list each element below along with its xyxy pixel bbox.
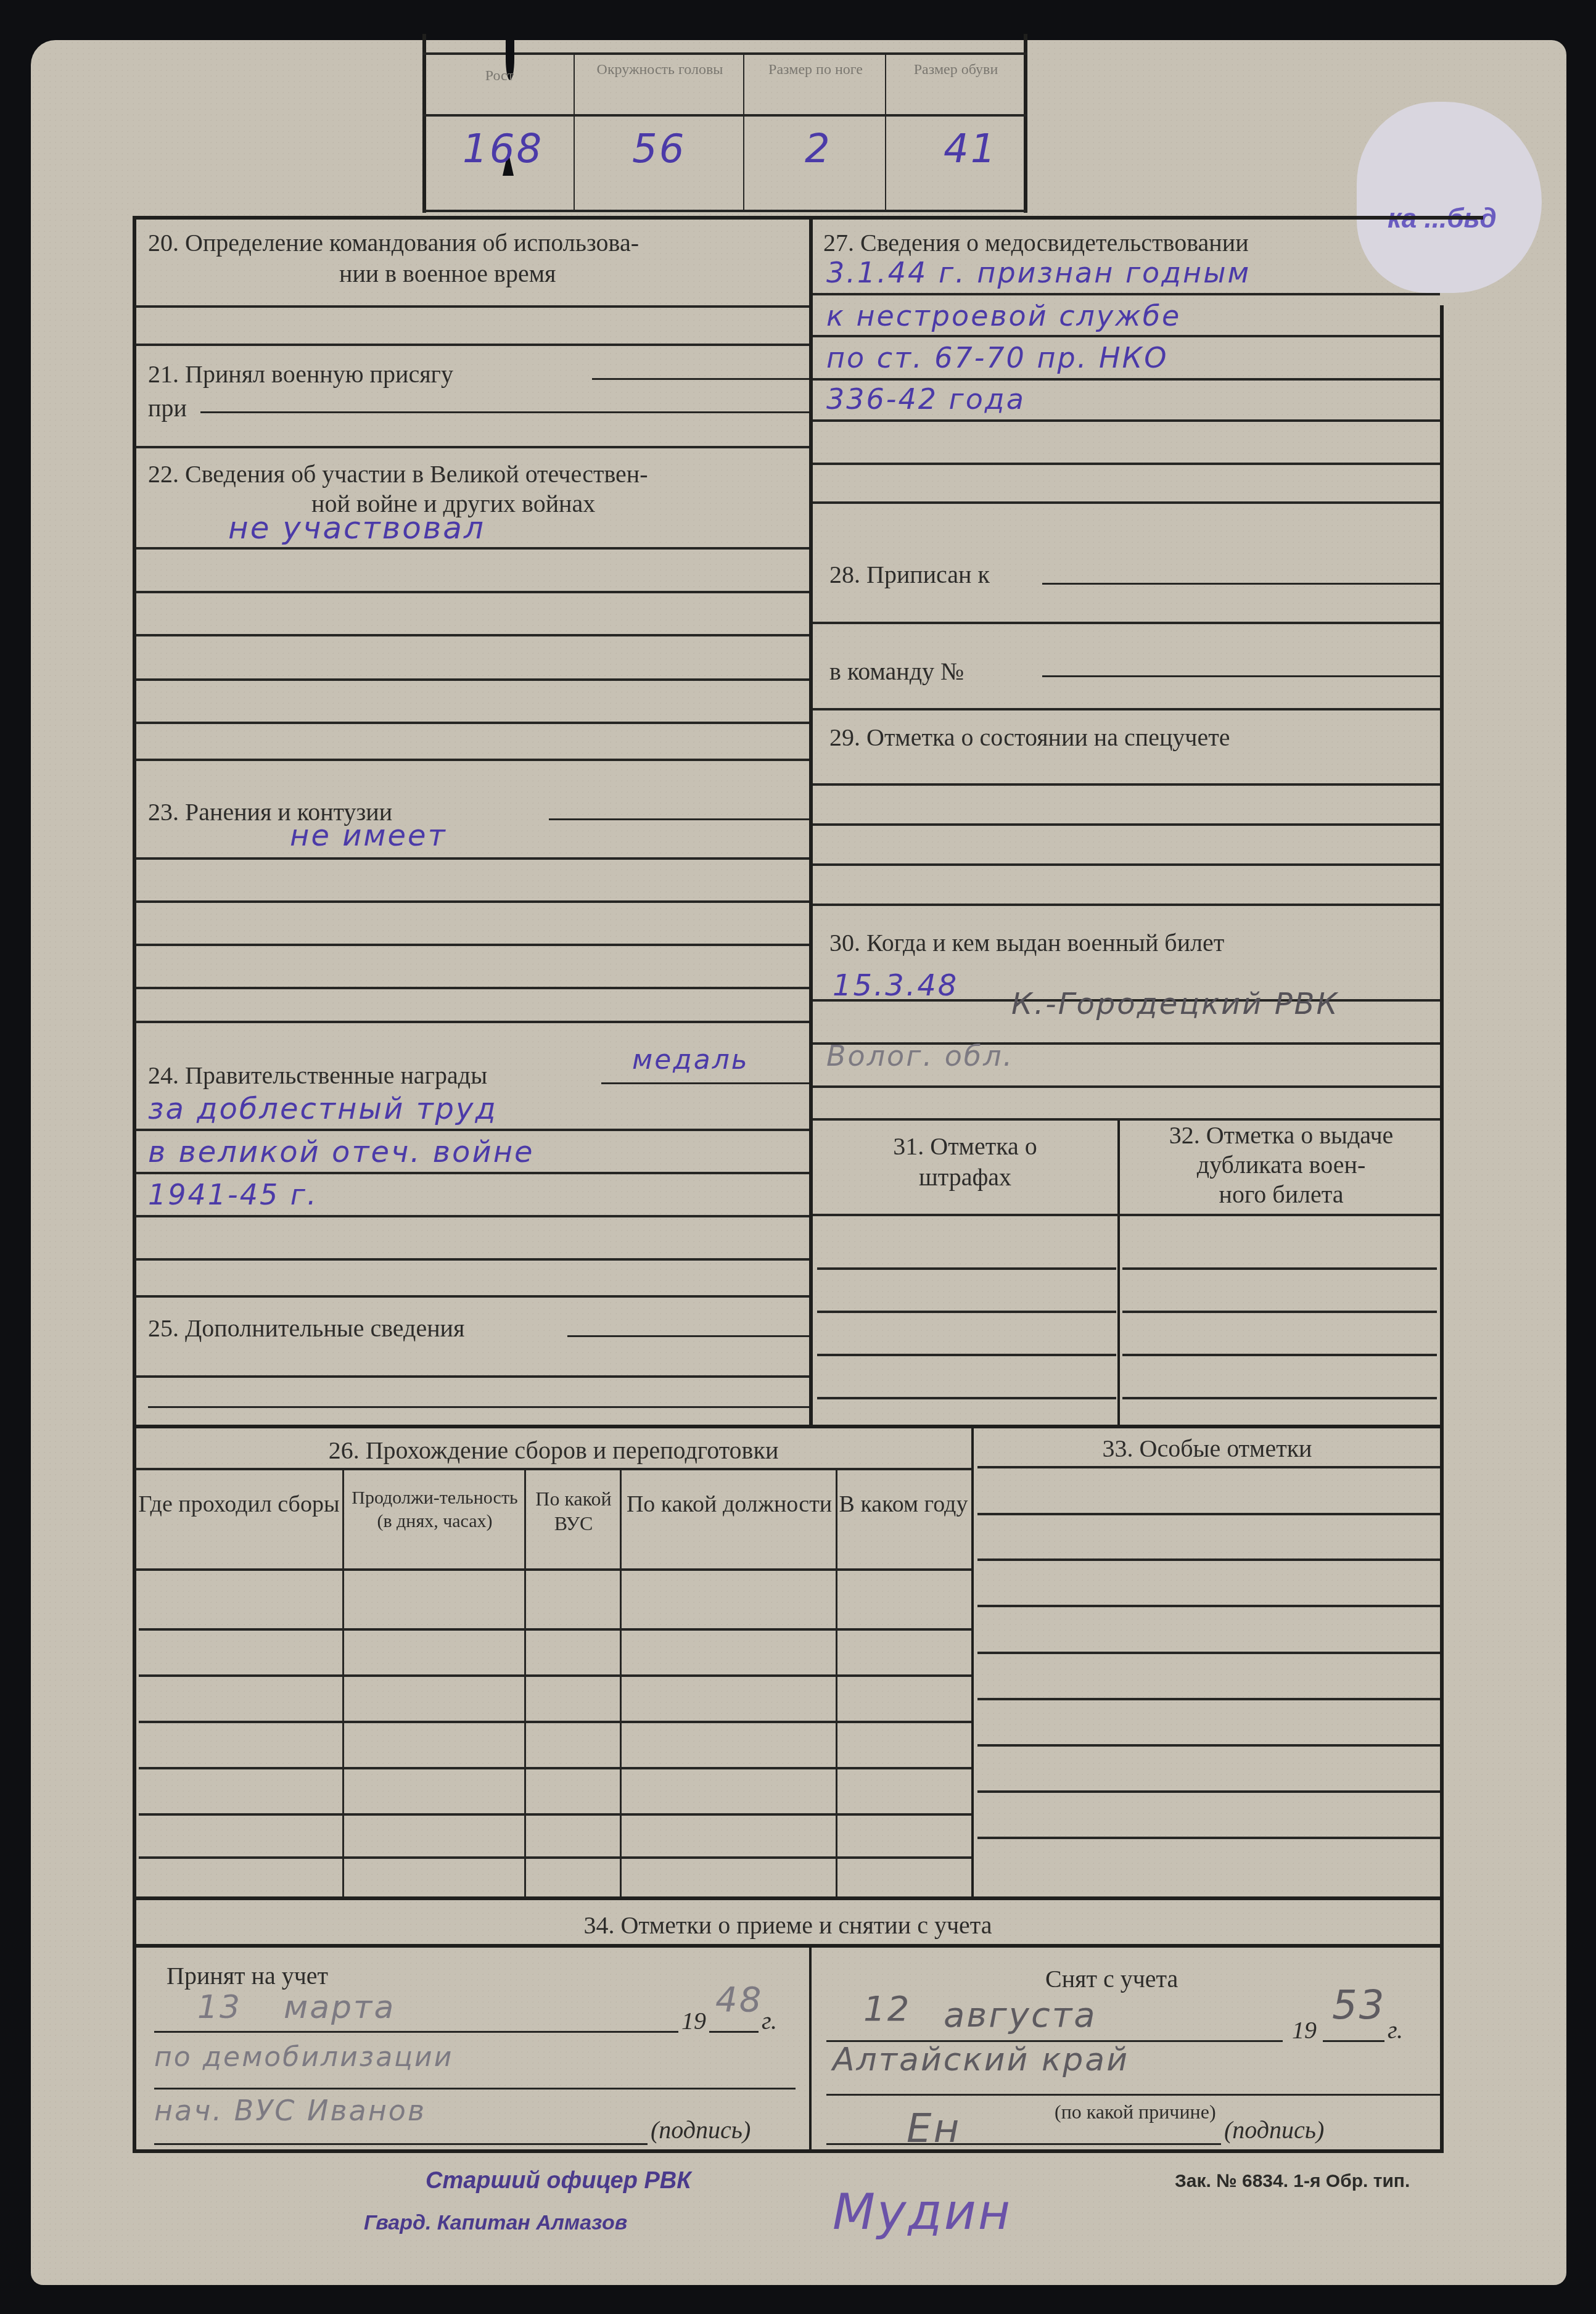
table-row[interactable]	[139, 1856, 971, 1859]
s34-accepted-date-field[interactable]	[154, 2031, 678, 2033]
s27-line[interactable]	[813, 419, 1440, 422]
measure-value-height: 168	[463, 126, 543, 172]
s27-line[interactable]	[813, 293, 1440, 295]
s26-col-divider	[620, 1468, 622, 1900]
s34-removed-reason-field[interactable]	[826, 2094, 1440, 2096]
s29-line[interactable]	[813, 823, 1440, 826]
s27-line[interactable]	[813, 335, 1440, 337]
s34-accepted-signature-label: (подпись)	[651, 2115, 751, 2144]
form-top-border	[133, 216, 1483, 220]
table-row[interactable]	[139, 1721, 971, 1723]
s20-line[interactable]	[136, 305, 809, 308]
registration-card: Рост Окружность головы Размер по ноге Ра…	[31, 40, 1566, 2285]
measure-value-shoe: 41	[944, 126, 997, 172]
s26-col-vus: По какой ВУС	[527, 1486, 620, 1536]
s24-line[interactable]	[136, 1172, 809, 1174]
s21-field[interactable]	[592, 378, 809, 380]
s24-line[interactable]	[136, 1215, 809, 1217]
s27-line[interactable]	[813, 463, 1440, 465]
s30-line[interactable]	[813, 1085, 1440, 1088]
printer-imprint: Зак. № 6834. 1-я Обр. тип.	[1175, 2171, 1410, 2192]
measure-col-divider	[574, 52, 575, 210]
s30-date: 15.3.48	[833, 968, 958, 1003]
s34-top-line	[133, 1896, 1444, 1900]
s22-line[interactable]	[136, 722, 809, 724]
s33-line[interactable]	[977, 1652, 1440, 1654]
s27-value-line4: 336-42 года	[826, 382, 1026, 416]
measure-header-height: Рост	[426, 68, 574, 84]
officer-stamp-name: Гвард. Капитан Алмазов	[364, 2211, 627, 2235]
s32-line[interactable]	[1122, 1397, 1437, 1399]
s34-accepted-year: 48	[715, 1980, 763, 2020]
s26-col-divider	[524, 1468, 526, 1900]
s32-label-cont: дубликата воен-	[1122, 1150, 1440, 1180]
s27-line[interactable]	[813, 378, 1440, 381]
s33-line[interactable]	[977, 1744, 1440, 1747]
s28-team-field[interactable]	[1042, 675, 1440, 677]
s25-field[interactable]	[567, 1335, 809, 1337]
measure-header-leg: Размер по ноге	[746, 62, 885, 78]
s29-label: 29. Отметка о состоянии на спецучете	[829, 723, 1230, 752]
s28-team-label: в команду №	[829, 657, 964, 686]
measure-value-head: 56	[632, 126, 686, 172]
s31-label-cont: штрафах	[814, 1163, 1116, 1192]
s26-col-year: В каком году	[839, 1489, 968, 1519]
s30-issuer-region: Волог. обл.	[826, 1039, 1014, 1073]
s26-header-line	[136, 1568, 971, 1571]
officer-stamp-title: Старший офицер РВК	[426, 2168, 691, 2194]
s34-removed-reason: Алтайский край	[833, 2041, 1129, 2078]
s22-line[interactable]	[136, 547, 809, 550]
s23-value: не имеет	[290, 818, 447, 853]
s34-accepted-signature-field[interactable]	[154, 2143, 648, 2145]
s27-line	[813, 501, 1440, 504]
s22-line[interactable]	[136, 634, 809, 636]
form-bottom-border	[133, 2149, 1444, 2153]
s22-value: не участвовал	[228, 510, 485, 546]
s33-line[interactable]	[977, 1558, 1440, 1561]
s23-field[interactable]	[549, 818, 809, 820]
s33-line[interactable]	[977, 1698, 1440, 1700]
measure-bottom-line	[422, 210, 1027, 212]
s34-accepted-officer: нач. ВУС Иванов	[154, 2094, 426, 2127]
s24-line	[136, 1295, 809, 1298]
s26-title-line	[136, 1468, 971, 1470]
s23-line	[136, 1021, 809, 1023]
s26-col-where: Где проходил сборы	[136, 1489, 342, 1519]
s26-col-divider	[836, 1468, 837, 1900]
column-divider	[809, 216, 813, 1425]
table-row[interactable]	[139, 1813, 971, 1816]
s20-label-cont: нии в военное время	[339, 259, 556, 289]
s22-line[interactable]	[136, 678, 809, 681]
s30-label: 30. Когда и кем выдан военный билет	[829, 928, 1224, 958]
s27-label: 27. Сведения о медосвидетельствовании	[823, 228, 1249, 258]
s33-line[interactable]	[977, 1790, 1440, 1793]
s34-accepted-year-prefix: 19	[681, 2006, 706, 2035]
s34-accepted-year-field[interactable]	[709, 2031, 759, 2033]
s26-title: 26. Прохождение сборов и переподготовки	[136, 1436, 971, 1465]
officer-signature: Мудин	[833, 2183, 1012, 2241]
s23-line[interactable]	[136, 900, 809, 903]
measure-col-divider	[743, 52, 744, 210]
s34-title-line	[133, 1944, 1444, 1948]
s31-line[interactable]	[817, 1397, 1116, 1399]
s24-value-line2: за доблестный труд	[148, 1092, 498, 1126]
measure-border-left	[422, 34, 426, 213]
s23-line[interactable]	[136, 944, 809, 946]
s34-accepted-label: Принят на учет	[167, 1961, 328, 1991]
measure-mid-line	[422, 114, 1027, 117]
measure-header-shoe: Размер обуви	[888, 62, 1024, 78]
table-row[interactable]	[139, 1767, 971, 1769]
s28-label: 28. Приписан к	[829, 560, 990, 590]
s20-label: 20. Определение командования об использо…	[148, 228, 639, 258]
s31-line[interactable]	[817, 1354, 1116, 1356]
s24-value-line1: медаль	[632, 1044, 749, 1076]
s21-at-label: при	[148, 393, 187, 423]
s21-line	[136, 446, 809, 448]
table-row[interactable]	[139, 1674, 971, 1677]
s34-removed-signature-label: (подпись)	[1224, 2115, 1324, 2144]
s32-line[interactable]	[1122, 1354, 1437, 1356]
s33-line[interactable]	[977, 1466, 1440, 1468]
measure-border-right	[1024, 34, 1027, 213]
s34-accepted-year-suffix: г.	[762, 2006, 777, 2035]
s24-label: 24. Правительственные награды	[148, 1061, 487, 1090]
s34-removed-year: 53	[1332, 1983, 1386, 2028]
s34-removed-month: августа	[944, 1995, 1097, 2035]
s34-accepted-month: марта	[284, 1989, 395, 2026]
s26-col-duration: Продолжи-тельность (в днях, часах)	[345, 1486, 524, 1533]
s34-title: 34. Отметки о приеме и снятии с учета	[136, 1911, 1440, 1940]
s22-label: 22. Сведения об участии в Великой отечес…	[148, 459, 648, 489]
form-left-border	[133, 216, 136, 2152]
s34-removed-year-field[interactable]	[1323, 2040, 1384, 2042]
s26-col-divider	[342, 1468, 344, 1900]
s23-line[interactable]	[136, 857, 809, 860]
measure-col-divider	[885, 52, 886, 210]
section-divider	[133, 1425, 1444, 1428]
s33-label: 33. Особые отметки	[974, 1434, 1440, 1464]
s30-issuer: К.-Городецкий РВК	[1011, 987, 1339, 1021]
s31-line[interactable]	[817, 1311, 1116, 1313]
s29-line[interactable]	[813, 783, 1440, 786]
s34-removed-year-suffix: г.	[1388, 2015, 1403, 2044]
measure-value-leg: 2	[805, 126, 832, 172]
s21-label: 21. Принял военную присягу	[148, 360, 453, 389]
s34-accepted-note: по демобилизации	[154, 2041, 453, 2073]
s33-line[interactable]	[977, 1837, 1440, 1839]
s34-accepted-note-field[interactable]	[154, 2088, 796, 2090]
s27-value-line3: по ст. 67-70 пр. НКО	[826, 341, 1168, 374]
s27-value-line1: 3.1.44 г. признан годным	[826, 256, 1251, 289]
s28-line[interactable]	[813, 622, 1440, 624]
s22-line[interactable]	[136, 591, 809, 593]
s24-field[interactable]	[601, 1082, 809, 1084]
s25-line[interactable]	[136, 1375, 809, 1378]
s26-col-position: По какой должности	[623, 1489, 836, 1519]
s22-line[interactable]	[136, 759, 809, 761]
s31-line[interactable]	[817, 1267, 1116, 1270]
s33-line[interactable]	[977, 1605, 1440, 1607]
s32-label-cont2: ного билета	[1122, 1180, 1440, 1209]
s32-line[interactable]	[1122, 1267, 1437, 1270]
s24-value-line3: в великой отеч. войне	[148, 1135, 535, 1169]
s32-line[interactable]	[1122, 1311, 1437, 1313]
s21-at-field[interactable]	[200, 411, 809, 413]
s24-line[interactable]	[136, 1129, 809, 1131]
s34-removed-signature-field[interactable]	[826, 2143, 1221, 2145]
form-right-border	[1440, 305, 1444, 2152]
s34-divider	[809, 1946, 812, 2149]
table-row[interactable]	[139, 1628, 971, 1631]
s29-line	[813, 904, 1440, 906]
s25-line[interactable]	[148, 1406, 809, 1408]
s26-s33-divider	[971, 1425, 974, 1896]
s24-value-line4: 1941-45 г.	[148, 1178, 318, 1211]
measure-header-head: Окружность головы	[577, 62, 743, 78]
s23-line[interactable]	[136, 987, 809, 989]
stamp-blot	[1357, 102, 1542, 293]
s29-line[interactable]	[813, 863, 1440, 866]
s34-removed-reason-label: (по какой причине)	[1055, 2097, 1216, 2127]
s24-line[interactable]	[136, 1258, 809, 1261]
s28-field[interactable]	[1042, 583, 1440, 585]
s32-label: 32. Отметка о выдаче	[1122, 1121, 1440, 1150]
s31-s32-header-line	[813, 1214, 1440, 1216]
s34-removed-day: 12	[863, 1989, 911, 2029]
s31-s32-divider	[1117, 1121, 1120, 1425]
s20-line[interactable]	[136, 344, 809, 346]
s33-line[interactable]	[977, 1513, 1440, 1515]
s28-line	[813, 708, 1440, 710]
s34-accepted-day: 13	[197, 1989, 242, 2026]
s34-removed-year-prefix: 19	[1292, 2015, 1317, 2044]
s25-label: 25. Дополнительные сведения	[148, 1314, 464, 1343]
s31-label: 31. Отметка о	[814, 1132, 1116, 1161]
s34-removed-label: Снят с учета	[1045, 1964, 1178, 1994]
s27-value-line2: к нестроевой службе	[826, 299, 1181, 332]
